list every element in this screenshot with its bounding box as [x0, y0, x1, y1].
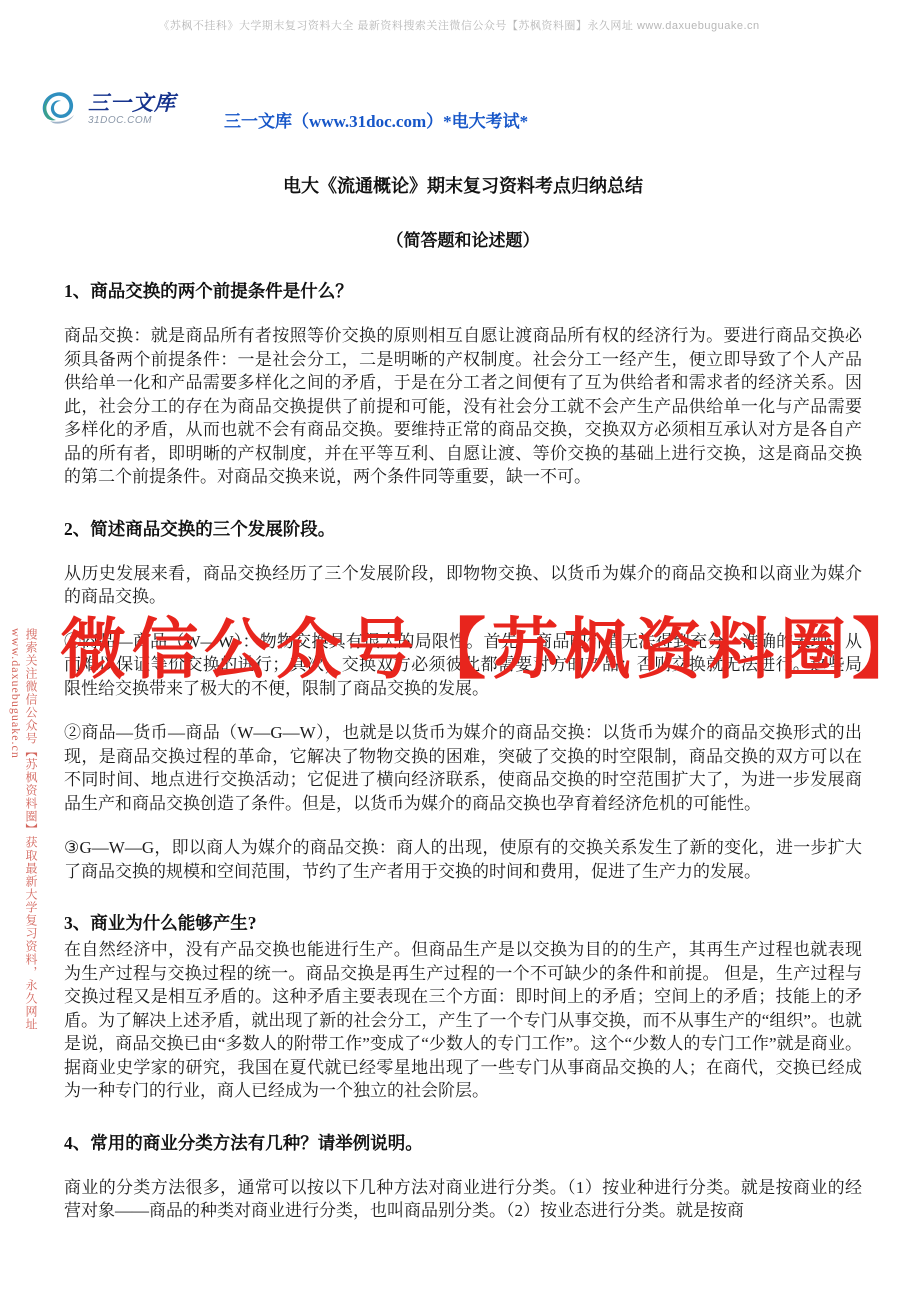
- section-1: 1、商品交换的两个前提条件是什么？ 商品交换：就是商品所有者按照等价交换的原则相…: [64, 278, 862, 489]
- document-body: 电大《流通概论》期末复习资料考点归纳总结 （简答题和论述题） 1、商品交换的两个…: [0, 172, 918, 1223]
- site-header-line: 三一文库（www.31doc.com）*电大考试*: [224, 107, 528, 132]
- 31doc-logo-icon: [38, 85, 82, 134]
- section-3: 3、商业为什么能够产生? 在自然经济中，没有产品交换也能进行生产。但商品生产是以…: [64, 910, 862, 1103]
- section-3-heading: 3、商业为什么能够产生?: [64, 910, 862, 935]
- logo-name: 三一文库: [88, 93, 176, 114]
- section-4: 4、常用的商业分类方法有几种？请举例说明。 商业的分类方法很多，通常可以按以下几…: [64, 1130, 862, 1223]
- logo-domain: 31DOC.COM: [88, 116, 176, 126]
- section-2-heading: 2、简述商品交换的三个发展阶段。: [64, 516, 862, 541]
- document-subtitle: （简答题和论述题）: [64, 226, 862, 251]
- top-promo-note: 《苏枫不挂科》大学期末复习资料大全 最新资料搜索关注微信公众号【苏枫资料圈】永久…: [0, 17, 918, 33]
- section-4-paragraph: 商业的分类方法很多，通常可以按以下几种方法对商业进行分类。（1）按业种进行分类。…: [64, 1176, 862, 1223]
- section-1-paragraph: 商品交换：就是商品所有者按照等价交换的原则相互自愿让渡商品所有权的经济行为。要进…: [64, 324, 862, 489]
- section-2-paragraph-stage2: ②商品—货币—商品（W—G—W），也就是以货币为媒介的商品交换：以货币为媒介的商…: [64, 721, 862, 815]
- document-page: 《苏枫不挂科》大学期末复习资料大全 最新资料搜索关注微信公众号【苏枫资料圈】永久…: [0, 0, 918, 1298]
- brand-row: 三一文库 31DOC.COM 三一文库（www.31doc.com）*电大考试*: [0, 85, 918, 134]
- section-2-paragraph-stage1: ①商品—商品（W—W）：物物交换具有很大的局限性。首先，商品的价值无法得到充分、…: [64, 630, 862, 701]
- 31doc-logo: 三一文库 31DOC.COM: [38, 85, 176, 134]
- section-4-heading: 4、常用的商业分类方法有几种？请举例说明。: [64, 1130, 862, 1155]
- section-2-paragraph-stage3: ③G—W—G，即以商人为媒介的商品交换：商人的出现，使原有的交换关系发生了新的变…: [64, 836, 862, 883]
- document-title: 电大《流通概论》期末复习资料考点归纳总结: [64, 172, 862, 198]
- section-2: 2、简述商品交换的三个发展阶段。 从历史发展来看，商品交换经历了三个发展阶段，即…: [64, 516, 862, 884]
- logo-text-block: 三一文库 31DOC.COM: [88, 93, 176, 126]
- section-1-heading: 1、商品交换的两个前提条件是什么？: [64, 278, 862, 303]
- section-2-paragraph-intro: 从历史发展来看，商品交换经历了三个发展阶段，即物物交换、以货币为媒介的商品交换和…: [64, 562, 862, 609]
- section-3-paragraph: 在自然经济中，没有产品交换也能进行生产。但商品生产是以交换为目的的生产，其再生产…: [64, 938, 862, 1103]
